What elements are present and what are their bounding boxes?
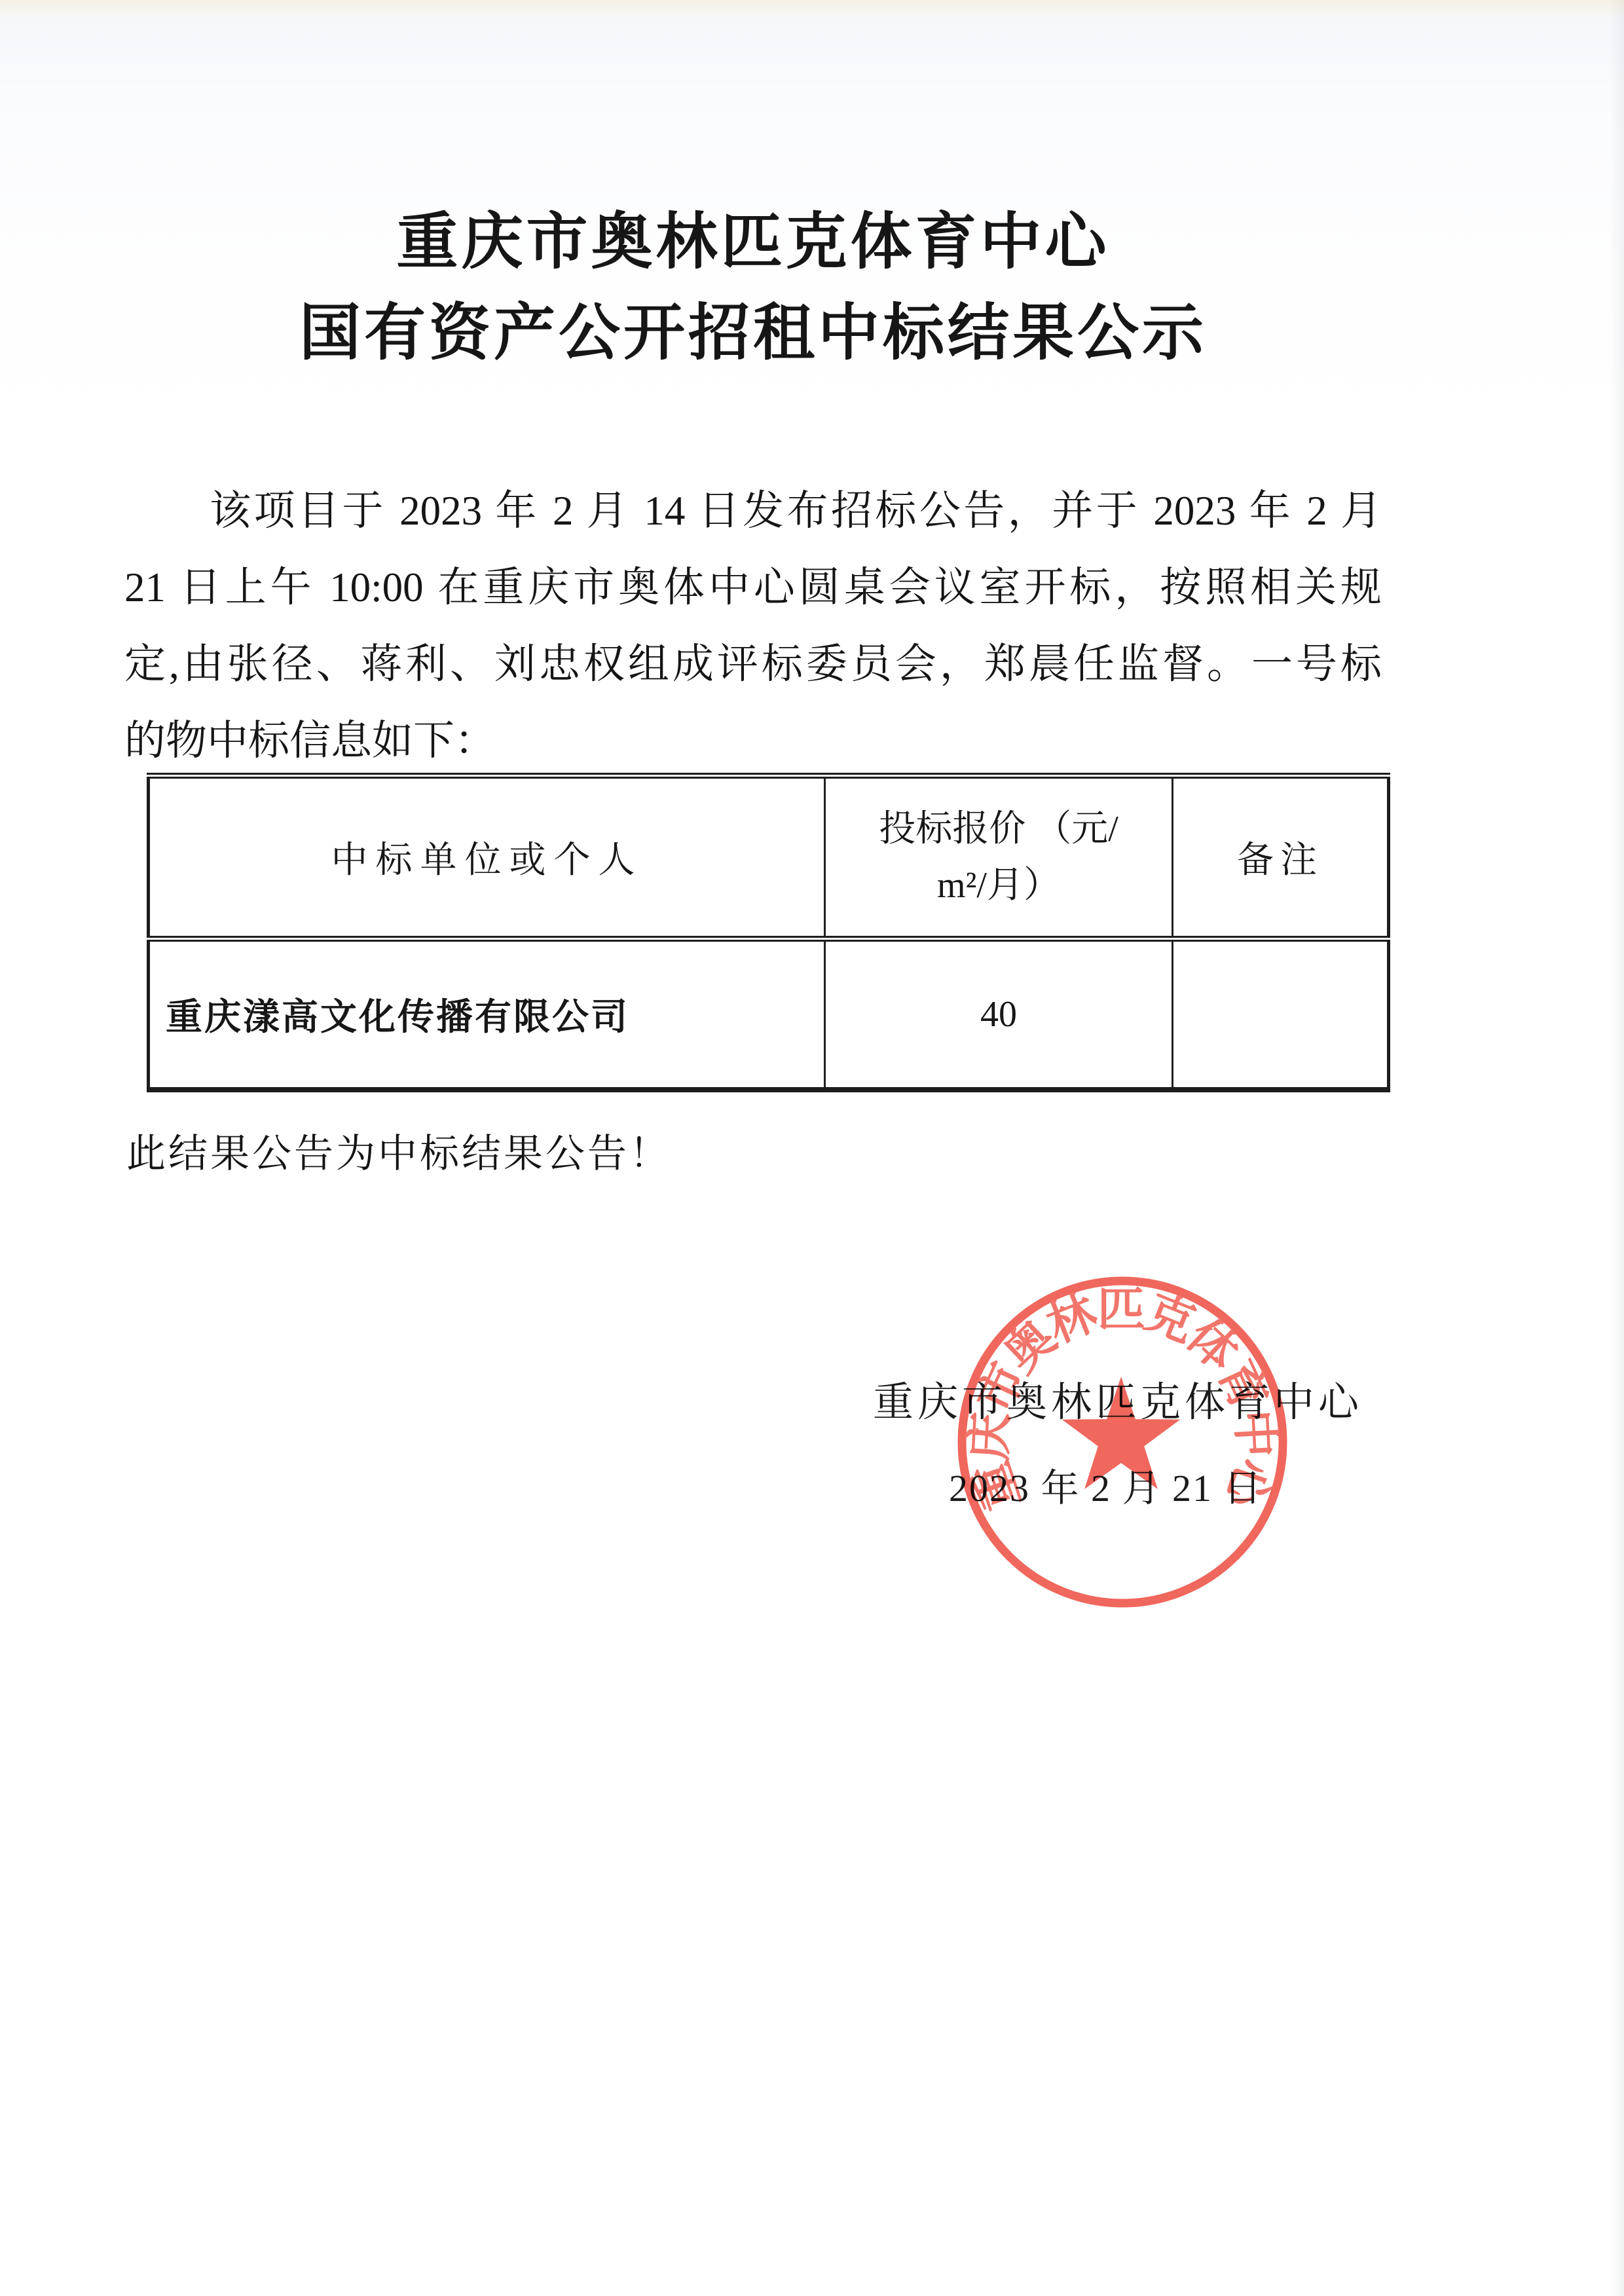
bid-cell: 40 <box>825 939 1173 1090</box>
body-paragraph: 该项目于 2023 年 2 月 14 日发布招标公告，并于 2023 年 2 月… <box>124 473 1382 779</box>
document-content: 重庆市奥林匹克体育中心 国有资产公开招租中标结果公示 该项目于 2023 年 2… <box>124 0 1382 2296</box>
header-bid-line-2: m²/月） <box>826 857 1172 914</box>
scanned-document-page: 重庆市奥林匹克体育中心 国有资产公开招租中标结果公示 该项目于 2023 年 2… <box>0 0 1624 2296</box>
header-bid-line-1: 投标报价 （元/ <box>826 801 1172 857</box>
seal-star-icon <box>1062 1377 1181 1489</box>
document-title: 重庆市奥林匹克体育中心 国有资产公开招租中标结果公示 <box>124 197 1382 379</box>
header-winner-column: 中标单位或个人 <box>149 776 825 939</box>
table-row: 重庆漾高文化传播有限公司 40 <box>149 939 1389 1090</box>
remark-cell <box>1173 939 1389 1090</box>
official-seal-stamp: 重庆市奥林匹克体育中心 <box>955 1275 1289 1609</box>
body-line-2: 21 日上午 10:00 在重庆市奥体中心圆桌会议室开标，按照相关规 <box>124 549 1382 626</box>
bid-result-table: 中标单位或个人 投标报价 （元/ m²/月） 备注 重庆漾高文化传播有限公司 4… <box>147 773 1390 1092</box>
header-bid-column: 投标报价 （元/ m²/月） <box>825 776 1173 939</box>
body-line-4: 的物中标信息如下： <box>124 703 1382 779</box>
title-line-2: 国有资产公开招租中标结果公示 <box>124 288 1382 379</box>
winner-cell: 重庆漾高文化传播有限公司 <box>149 939 825 1090</box>
title-line-1: 重庆市奥林匹克体育中心 <box>124 197 1382 288</box>
header-remark-column: 备注 <box>1173 776 1389 939</box>
body-line-1: 该项目于 2023 年 2 月 14 日发布招标公告，并于 2023 年 2 月 <box>124 473 1382 549</box>
closing-statement: 此结果公告为中标结果公告！ <box>126 1122 671 1179</box>
body-line-3: 定,由张径、蒋利、刘忠权组成评标委员会，郑晨任监督。一号标 <box>124 626 1382 703</box>
scan-edge-shadow <box>1610 0 1624 2296</box>
table-header-row: 中标单位或个人 投标报价 （元/ m²/月） 备注 <box>149 776 1389 939</box>
